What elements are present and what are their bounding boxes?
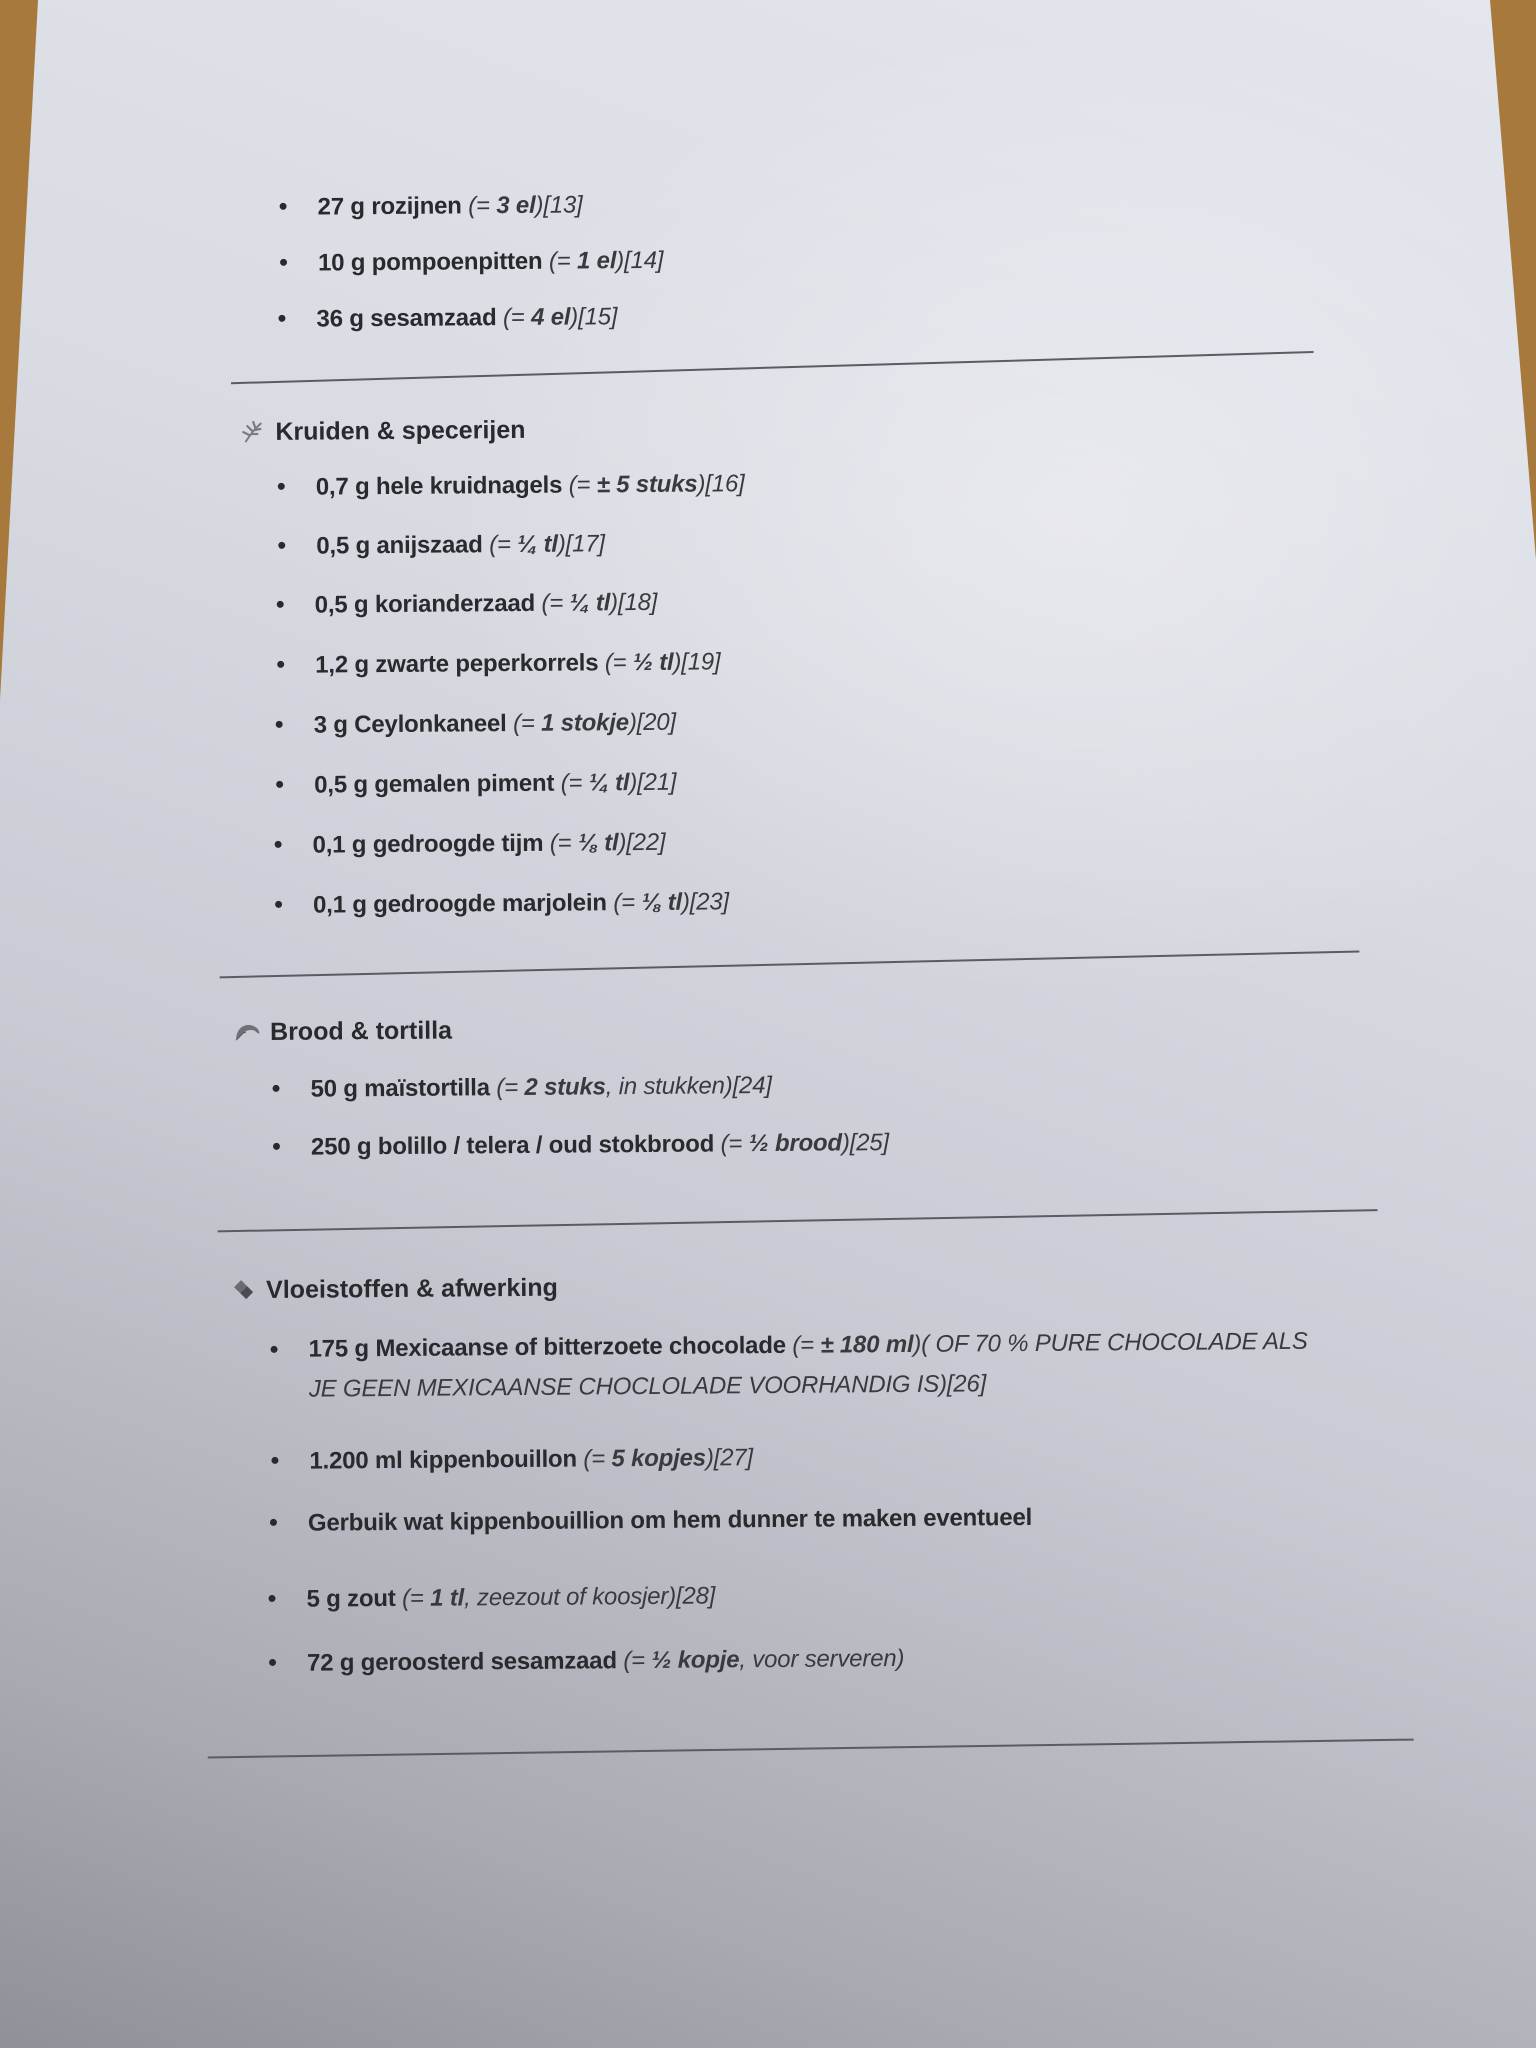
bullet-icon xyxy=(278,315,285,322)
section-heading-kruiden: Kruiden & specerijen xyxy=(275,416,525,447)
list-item: 0,1 g gedroogde tijm (= ⅛ tl)[22] xyxy=(313,829,666,860)
list-item: 0,5 g gemalen piment (= ¼ tl)[21] xyxy=(314,769,676,800)
list-item: 175 g Mexicaanse of bitterzoete chocolad… xyxy=(308,1322,1329,1410)
list-item: 36 g sesamzaad (= 4 el)[15] xyxy=(316,303,617,333)
bullet-icon xyxy=(277,601,284,608)
bullet-icon xyxy=(269,1595,276,1602)
section-heading-brood: Brood & tortilla xyxy=(270,1017,452,1047)
herb-icon xyxy=(239,420,265,444)
list-item: 0,7 g hele kruidnagels (= ± 5 stuks)[16] xyxy=(316,470,745,501)
list-item: 5 g zout (= 1 tl, zeezout of koosjer)[28… xyxy=(306,1582,715,1613)
list-item: 1,2 g zwarte peperkorrels (= ½ tl)[19] xyxy=(315,648,720,679)
document-content: 27 g rozijnen (= 3 el)[13] 10 g pompoenp… xyxy=(0,0,1536,2048)
bullet-icon xyxy=(277,661,284,668)
list-item: 3 g Ceylonkaneel (= 1 stokje)[20] xyxy=(314,709,676,740)
list-item: 0,5 g korianderzaad (= ¼ tl)[18] xyxy=(315,589,658,620)
section-divider xyxy=(231,351,1314,384)
list-item: 0,1 g gedroogde marjolein (= ⅛ tl)[23] xyxy=(313,888,729,919)
list-item: 10 g pompoenpitten (= 1 el)[14] xyxy=(318,247,663,278)
chocolate-icon xyxy=(230,1278,256,1302)
bullet-icon xyxy=(273,1085,280,1092)
bullet-icon xyxy=(280,259,287,266)
bullet-icon xyxy=(271,1457,278,1464)
bullet-icon xyxy=(275,841,282,848)
bullet-icon xyxy=(276,721,283,728)
bullet-icon xyxy=(280,203,287,210)
section-divider xyxy=(208,1739,1414,1759)
section-divider xyxy=(220,950,1360,978)
list-item: 27 g rozijnen (= 3 el)[13] xyxy=(318,191,583,221)
bullet-icon xyxy=(273,1143,280,1150)
bullet-icon xyxy=(276,781,283,788)
list-item: 250 g bolillo / telera / oud stokbrood (… xyxy=(311,1129,889,1162)
list-item: 50 g maïstortilla (= 2 stuks, in stukken… xyxy=(310,1072,771,1104)
list-item: 1.200 ml kippenbouillon (= 5 kopjes)[27] xyxy=(309,1444,753,1475)
section-divider xyxy=(218,1209,1378,1232)
bullet-icon xyxy=(275,901,282,908)
bullet-icon xyxy=(270,1519,277,1526)
list-item: Gerbuik wat kippenbouillion om hem dunne… xyxy=(308,1504,1032,1538)
bullet-icon xyxy=(278,542,285,549)
list-item: 72 g geroosterd sesamzaad (= ½ kopje, vo… xyxy=(307,1645,904,1678)
bread-icon xyxy=(234,1020,260,1044)
bullet-icon xyxy=(278,483,285,490)
bullet-icon xyxy=(271,1346,278,1353)
list-item: 0,5 g anijszaad (= ¼ tl)[17] xyxy=(316,530,605,560)
bullet-icon xyxy=(269,1659,276,1666)
section-heading-vloeistoffen: Vloeistoffen & afwerking xyxy=(266,1274,558,1305)
